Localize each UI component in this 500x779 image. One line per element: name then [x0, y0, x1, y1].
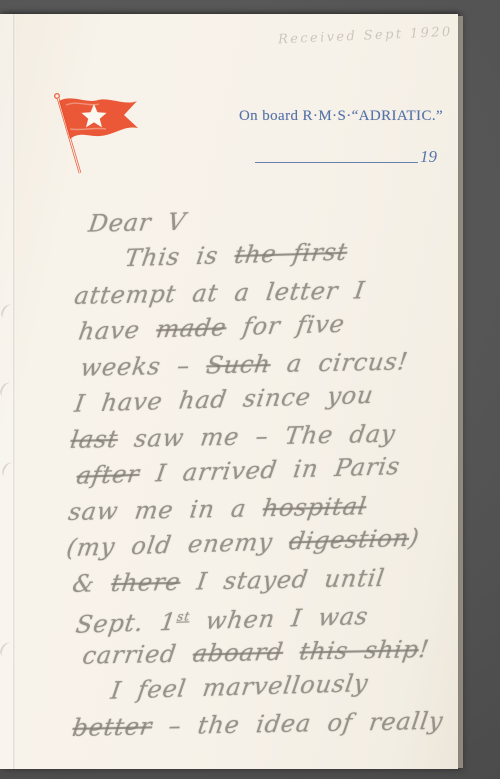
white-star-line-burgee-icon	[36, 91, 144, 177]
struck-handwriting-segment: made	[154, 313, 228, 343]
handwriting-segment: (my old enemy	[65, 527, 292, 562]
struck-handwriting-segment: Such	[205, 350, 273, 379]
handwriting-segment: Dear V	[87, 208, 188, 238]
handwriting-segment: I have had since you	[73, 381, 376, 418]
page-stack-edge	[458, 16, 463, 768]
handwriting-segment: – the idea of really	[150, 707, 445, 741]
handwriting-segment: carried	[81, 640, 195, 670]
struck-handwriting-segment: this ship	[298, 635, 421, 665]
scanned-letter-page: Received Sept 1920 On board R·M·S·“ADRIA…	[0, 0, 500, 779]
handwriting-segment: I feel marvellously	[109, 669, 370, 705]
handwriting-segment: &	[71, 569, 114, 598]
handwriting-segment: I arrived in Paris	[138, 452, 403, 488]
handwriting-segment: saw me in a	[67, 494, 265, 526]
struck-handwriting-segment: after	[75, 460, 142, 490]
struck-handwriting-segment: better	[71, 712, 154, 742]
struck-handwriting-segment: there	[109, 568, 182, 597]
received-pencil-annotation: Received Sept 1920	[278, 24, 478, 48]
fold-crease	[13, 14, 16, 769]
handwriting-segment: when I was	[187, 602, 370, 635]
struck-handwriting-segment: digestion	[287, 524, 411, 556]
date-blank-rule	[255, 147, 418, 163]
handwriting-segment: have	[77, 315, 159, 345]
struck-handwriting-segment: hospital	[261, 492, 368, 522]
letter-paper: Received Sept 1920 On board R·M·S·“ADRIA…	[0, 14, 458, 769]
handwriting-segment: a circus!	[269, 347, 410, 378]
handwriting-segment: I stayed until	[179, 564, 387, 596]
struck-handwriting-segment: the first	[233, 238, 350, 269]
handwriting-segment: for five	[224, 310, 346, 341]
handwriting-segment: Sept. 1	[74, 608, 178, 639]
on-board-letterhead-text: On board R·M·S·“ADRIATIC.”	[225, 108, 457, 125]
handwriting-segment: saw me – The day	[116, 420, 397, 453]
struck-handwriting-segment: last	[69, 425, 120, 454]
struck-handwriting-segment: aboard	[191, 638, 285, 668]
date-year-prefix: 19	[420, 147, 437, 167]
letter-body: Dear VThis is the firstattempt at a lett…	[64, 207, 460, 747]
handwriting-segment: weeks –	[79, 351, 209, 381]
handwriting-segment: This is	[123, 241, 237, 272]
handwriting-segment: !	[417, 635, 431, 663]
handwriting-segment: attempt at a letter I	[73, 276, 367, 310]
handwritten-line: better – the idea of really	[64, 703, 466, 747]
